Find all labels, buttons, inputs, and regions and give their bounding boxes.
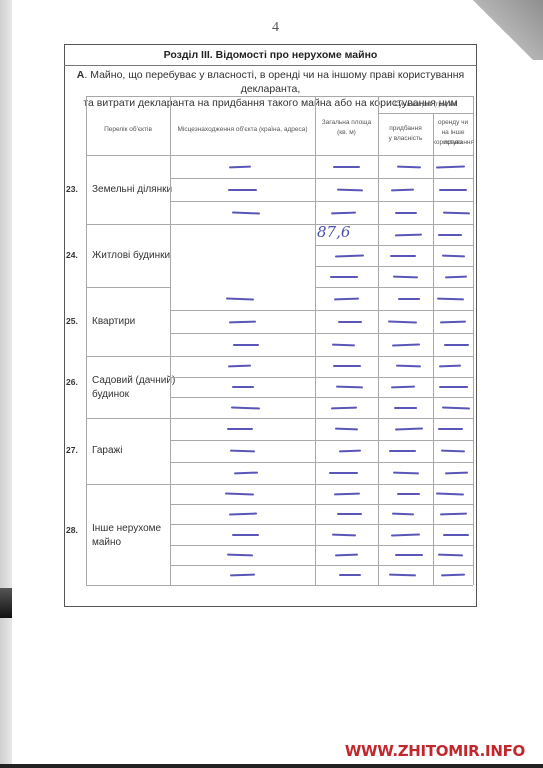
purchase-cell-dash [395,554,423,556]
row-divider [170,377,473,378]
purchase-cell-dash [398,298,420,300]
location-cell-dash [233,344,259,346]
header-rent-line1: оренду чи [433,118,473,128]
group-divider [86,287,170,288]
rent-cell-dash [444,344,469,346]
rent-column-left [433,113,434,585]
header-purchase-line2: у власність [378,134,433,144]
table-bottom-border [86,585,473,586]
group-divider [86,418,170,419]
area-cell-dash [329,472,358,474]
header-area-line2: (кв. м) [315,128,378,138]
area-cell-dash [339,574,361,576]
row-divider [170,440,473,441]
purchase-cell-dash [390,255,416,257]
scan-bottom-edge [0,764,543,768]
area-cell-dash [337,513,362,515]
rent-cell-dash [438,234,462,236]
group-number: 26. [66,377,78,387]
header-bottom-border [86,155,473,156]
header-location: Місцезнаходження об'єкта (країна, адреса… [170,125,315,135]
group-label: Інше нерухоме [92,522,161,535]
area-column-left [315,96,316,585]
group-number: 25. [66,316,78,326]
location-cell-dash [228,189,257,191]
group-label: Земельні ділянки [92,183,172,196]
group-divider [315,287,473,288]
group-label: Квартири [92,315,135,328]
group-label: Гаражі [92,444,122,457]
group-divider [170,356,473,357]
header-purchase-line1: придбання [378,124,433,134]
location-column-left [170,96,171,585]
group-divider [170,484,473,485]
group-label: Садовий (дачний) [92,374,175,387]
rent-cell-dash [438,428,463,430]
row-divider [170,201,473,202]
group-divider [170,418,473,419]
group-divider [86,484,170,485]
area-cell-dash [333,166,360,168]
group-label: Житлові будинки [92,249,170,262]
purchase-cell-dash [397,493,420,495]
objects-column-left [86,96,87,585]
page-number: 4 [272,20,279,36]
table-top-border [86,96,473,97]
rent-cell-dash [443,534,469,536]
group-number: 28. [66,525,78,535]
table-right-border [473,96,474,585]
row-divider [170,545,473,546]
purchase-cell-dash [395,212,417,214]
section-title: Розділ ІІІ. Відомості про нерухоме майно [64,44,477,66]
purchase-column-left [378,96,379,585]
row-divider [170,310,473,311]
subsection-text-line1: . Майно, що перебуває у власності, в оре… [84,69,464,95]
area-cell-dash [330,276,358,278]
header-expenses: Сума витрат (грн) на [378,100,473,110]
group-label-line2: будинок [92,388,129,401]
row-divider [170,524,473,525]
header-objects: Перелік об'єктів [86,125,170,135]
rent-cell-dash [439,386,468,388]
row-divider [170,178,473,179]
scan-left-edge [0,0,12,768]
group-number: 27. [66,445,78,455]
rent-cell-dash [439,189,467,191]
location-cell-dash [232,534,259,536]
expenses-header-divider [378,113,473,114]
location-cell-dash [232,386,254,388]
row-divider [170,504,473,505]
group-divider [86,224,170,225]
location-cell-dash [227,428,253,430]
row-divider [170,462,473,463]
row-divider [170,333,473,334]
row-divider [315,266,473,267]
group-label-line2: майно [92,536,121,549]
header-rent-line3: користування [433,138,473,148]
area-cell-dash [333,365,361,367]
group-divider [86,356,170,357]
purchase-cell-dash [389,450,416,452]
row-divider [170,397,473,398]
row-divider [315,245,473,246]
area-cell-dash [338,321,362,323]
header-area-line1: Загальна площа [315,118,378,128]
group-number: 24. [66,250,78,260]
purchase-cell-dash [394,407,417,409]
site-watermark: WWW.ZHITOMIR.INFO [345,742,525,760]
area-cell-value: 87,6 [317,223,350,241]
row-divider [170,565,473,566]
group-number: 23. [66,184,78,194]
